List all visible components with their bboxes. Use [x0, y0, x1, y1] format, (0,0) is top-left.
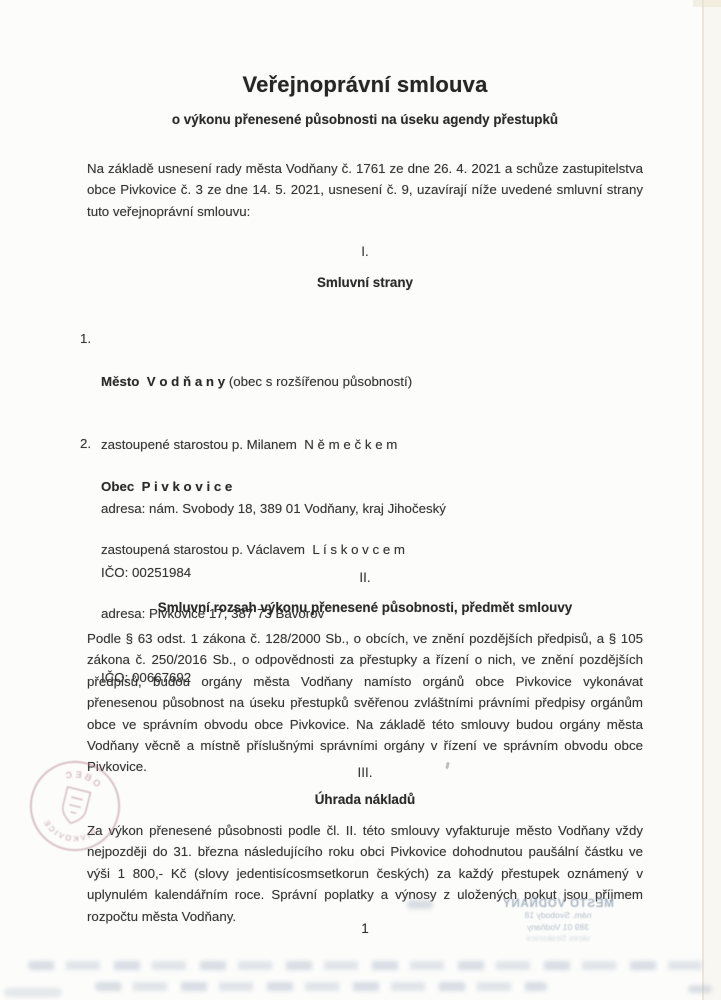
section-3-numeral: III. — [87, 765, 643, 780]
scan-edge-strip — [704, 0, 721, 1000]
bleed-through-line — [95, 982, 547, 991]
section-2-paragraph: Podle § 63 odst. 1 zákona č. 128/2000 Sb… — [87, 628, 643, 778]
office-stamp-line3: 389 01 Vodňany — [437, 922, 679, 934]
party-1-name: Město V o d ň a n y — [101, 374, 225, 389]
office-stamp-line1: MĚSTO VODŇANY — [437, 898, 679, 910]
party-2-index: 2. — [80, 433, 91, 454]
party-2-name: Obec P i v k o v i c e — [101, 479, 232, 494]
party-1-index: 1. — [80, 328, 91, 349]
section-2-heading: Smluvní rozsah výkonu přenesené působnos… — [87, 600, 643, 615]
office-stamp-line2: nám. Svobody 18 — [437, 910, 679, 922]
bleed-through-line — [28, 961, 704, 970]
section-2-numeral: II. — [87, 570, 643, 585]
party-2-name-line: Obec P i v k o v i c e — [101, 476, 642, 497]
scan-corner-tint — [693, 0, 721, 7]
intro-paragraph: Na základě usnesení rady města Vodňany č… — [87, 158, 643, 222]
office-stamp-mesto-vodnany: MĚSTO VODŇANY nám. Svobody 18 389 01 Vod… — [437, 898, 679, 945]
document-subtitle: o výkonu přenesené působnosti na úseku a… — [87, 112, 643, 127]
party-1-name-note: (obec s rozšířenou působností) — [225, 374, 412, 389]
bleed-through-blob — [688, 985, 712, 993]
section-1-numeral: I. — [87, 244, 643, 259]
section-1-heading: Smluvní strany — [87, 275, 643, 290]
scan-edge-line — [702, 0, 704, 1000]
document-title: Veřejnoprávní smlouva — [87, 72, 643, 98]
section-3-heading: Úhrada nákladů — [87, 792, 643, 807]
party-2-representative: zastoupená starostou p. Václavem L í s k… — [101, 539, 642, 560]
party-1-name-line: Město V o d ň a n y (obec s rozšířenou p… — [101, 371, 642, 392]
office-stamp-smudge — [407, 900, 433, 909]
scanned-contract-page: Veřejnoprávní smlouva o výkonu přenesené… — [0, 0, 721, 1000]
scan-corner-smudge — [4, 988, 62, 997]
office-stamp-line4: okres Strakonice — [437, 933, 679, 945]
